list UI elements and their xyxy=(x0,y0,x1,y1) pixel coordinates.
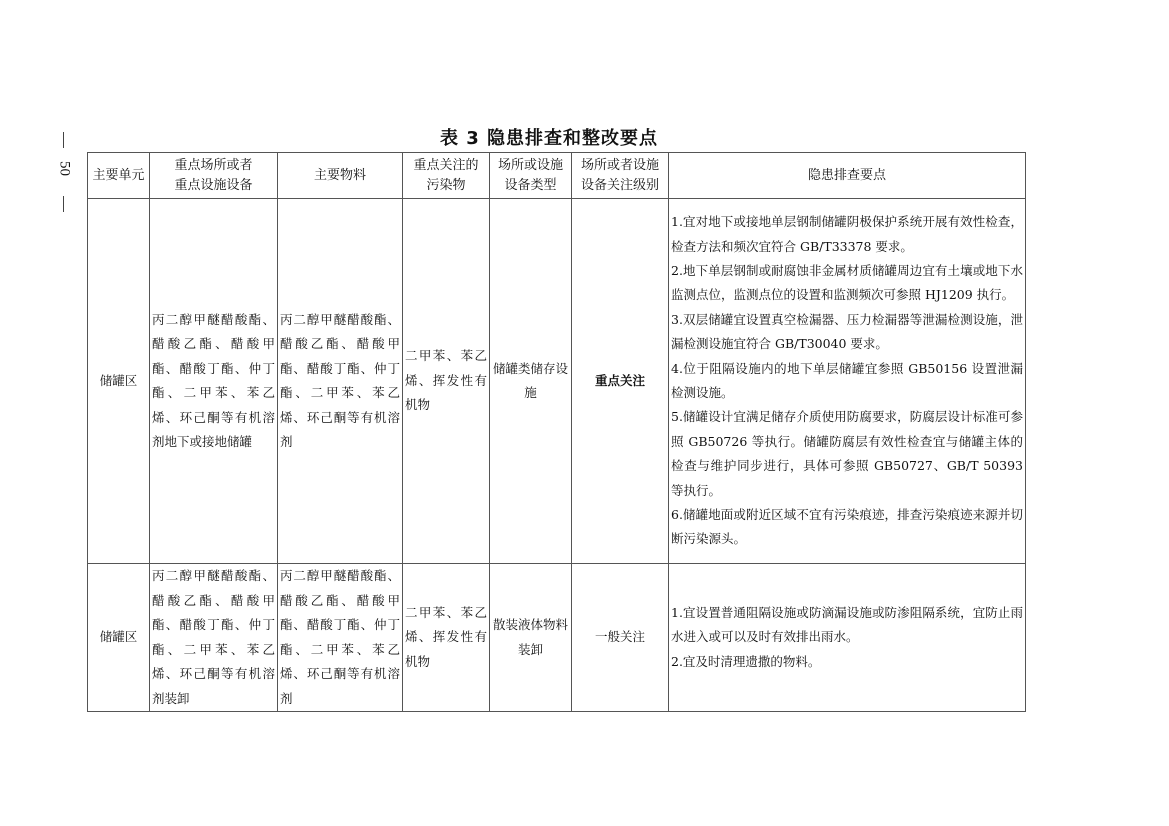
hazard-inspection-table: 主要单元 重点场所或者 重点设施设备 主要物料 重点关注的 污染物 场所或设施 … xyxy=(87,152,1026,712)
requirement-item: 5.储罐设计宜满足储存介质使用防腐要求，防腐层设计标准可参照 GB50726 等… xyxy=(671,405,1023,503)
header-level: 场所或者设施 设备关注级别 xyxy=(572,153,669,199)
cell-unit: 储罐区 xyxy=(88,564,150,712)
table-title: 表 3 隐患排查和整改要点 xyxy=(440,124,658,150)
header-pollutants: 重点关注的 污染物 xyxy=(403,153,490,199)
cell-requirements: 1.宜对地下或接地单层钢制储罐阴极保护系统开展有效性检查，检查方法和频次宜符合 … xyxy=(669,199,1026,564)
header-unit: 主要单元 xyxy=(88,153,150,199)
cell-type: 散装液体物料装卸 xyxy=(490,564,572,712)
cell-materials: 丙二醇甲醚醋酸酯、醋酸乙酯、醋酸甲酯、醋酸丁酯、仲丁酯、二甲苯、苯乙烯、环己酮等… xyxy=(278,199,403,564)
requirement-item: 3.双层储罐宜设置真空检漏器、压力检漏器等泄漏检测设施，泄漏检测设施宜符合 GB… xyxy=(671,308,1023,357)
header-row: 主要单元 重点场所或者 重点设施设备 主要物料 重点关注的 污染物 场所或设施 … xyxy=(88,153,1026,199)
cell-unit: 储罐区 xyxy=(88,199,150,564)
table-row: 储罐区 丙二醇甲醚醋酸酯、醋酸乙酯、醋酸甲酯、醋酸丁酯、仲丁酯、二甲苯、苯乙烯、… xyxy=(88,199,1026,564)
requirement-item: 4.位于阻隔设施内的地下单层储罐宜参照 GB50156 设置泄漏检测设施。 xyxy=(671,357,1023,406)
requirement-item: 1.宜对地下或接地单层钢制储罐阴极保护系统开展有效性检查，检查方法和频次宜符合 … xyxy=(671,210,1023,259)
cell-materials: 丙二醇甲醚醋酸酯、醋酸乙酯、醋酸甲酯、醋酸丁酯、仲丁酯、二甲苯、苯乙烯、环己酮等… xyxy=(278,564,403,712)
cell-facility: 丙二醇甲醚醋酸酯、醋酸乙酯、醋酸甲酯、醋酸丁酯、仲丁酯、二甲苯、苯乙烯、环己酮等… xyxy=(150,199,278,564)
cell-level: 一般关注 xyxy=(572,564,669,712)
cell-type: 储罐类储存设施 xyxy=(490,199,572,564)
header-requirements: 隐患排查要点 xyxy=(669,153,1026,199)
page-number-rule-top xyxy=(63,132,64,148)
cell-facility: 丙二醇甲醚醋酸酯、醋酸乙酯、醋酸甲酯、醋酸丁酯、仲丁酯、二甲苯、苯乙烯、环己酮等… xyxy=(150,564,278,712)
requirement-item: 1.宜设置普通阻隔设施或防滴漏设施或防渗阻隔系统，宜防止雨水进入或可以及时有效排… xyxy=(671,601,1023,650)
cell-pollutants: 二甲苯、苯乙烯、挥发性有机物 xyxy=(403,564,490,712)
page-number-rule-bottom xyxy=(63,196,64,212)
table-row: 储罐区 丙二醇甲醚醋酸酯、醋酸乙酯、醋酸甲酯、醋酸丁酯、仲丁酯、二甲苯、苯乙烯、… xyxy=(88,564,1026,712)
cell-requirements: 1.宜设置普通阻隔设施或防滴漏设施或防渗阻隔系统，宜防止雨水进入或可以及时有效排… xyxy=(669,564,1026,712)
cell-pollutants: 二甲苯、苯乙烯、挥发性有机物 xyxy=(403,199,490,564)
page-number: 50 xyxy=(52,130,76,220)
requirement-item: 6.储罐地面或附近区域不宜有污染痕迹，排查污染痕迹来源并切断污染源头。 xyxy=(671,503,1023,552)
cell-level: 重点关注 xyxy=(572,199,669,564)
header-materials: 主要物料 xyxy=(278,153,403,199)
requirement-item: 2.宜及时清理遗撒的物料。 xyxy=(671,650,1023,674)
page-number-text: 50 xyxy=(56,151,73,187)
requirement-item: 2.地下单层钢制或耐腐蚀非金属材质储罐周边宜有土壤或地下水监测点位，监测点位的设… xyxy=(671,259,1023,308)
header-type: 场所或设施 设备类型 xyxy=(490,153,572,199)
header-facility: 重点场所或者 重点设施设备 xyxy=(150,153,278,199)
